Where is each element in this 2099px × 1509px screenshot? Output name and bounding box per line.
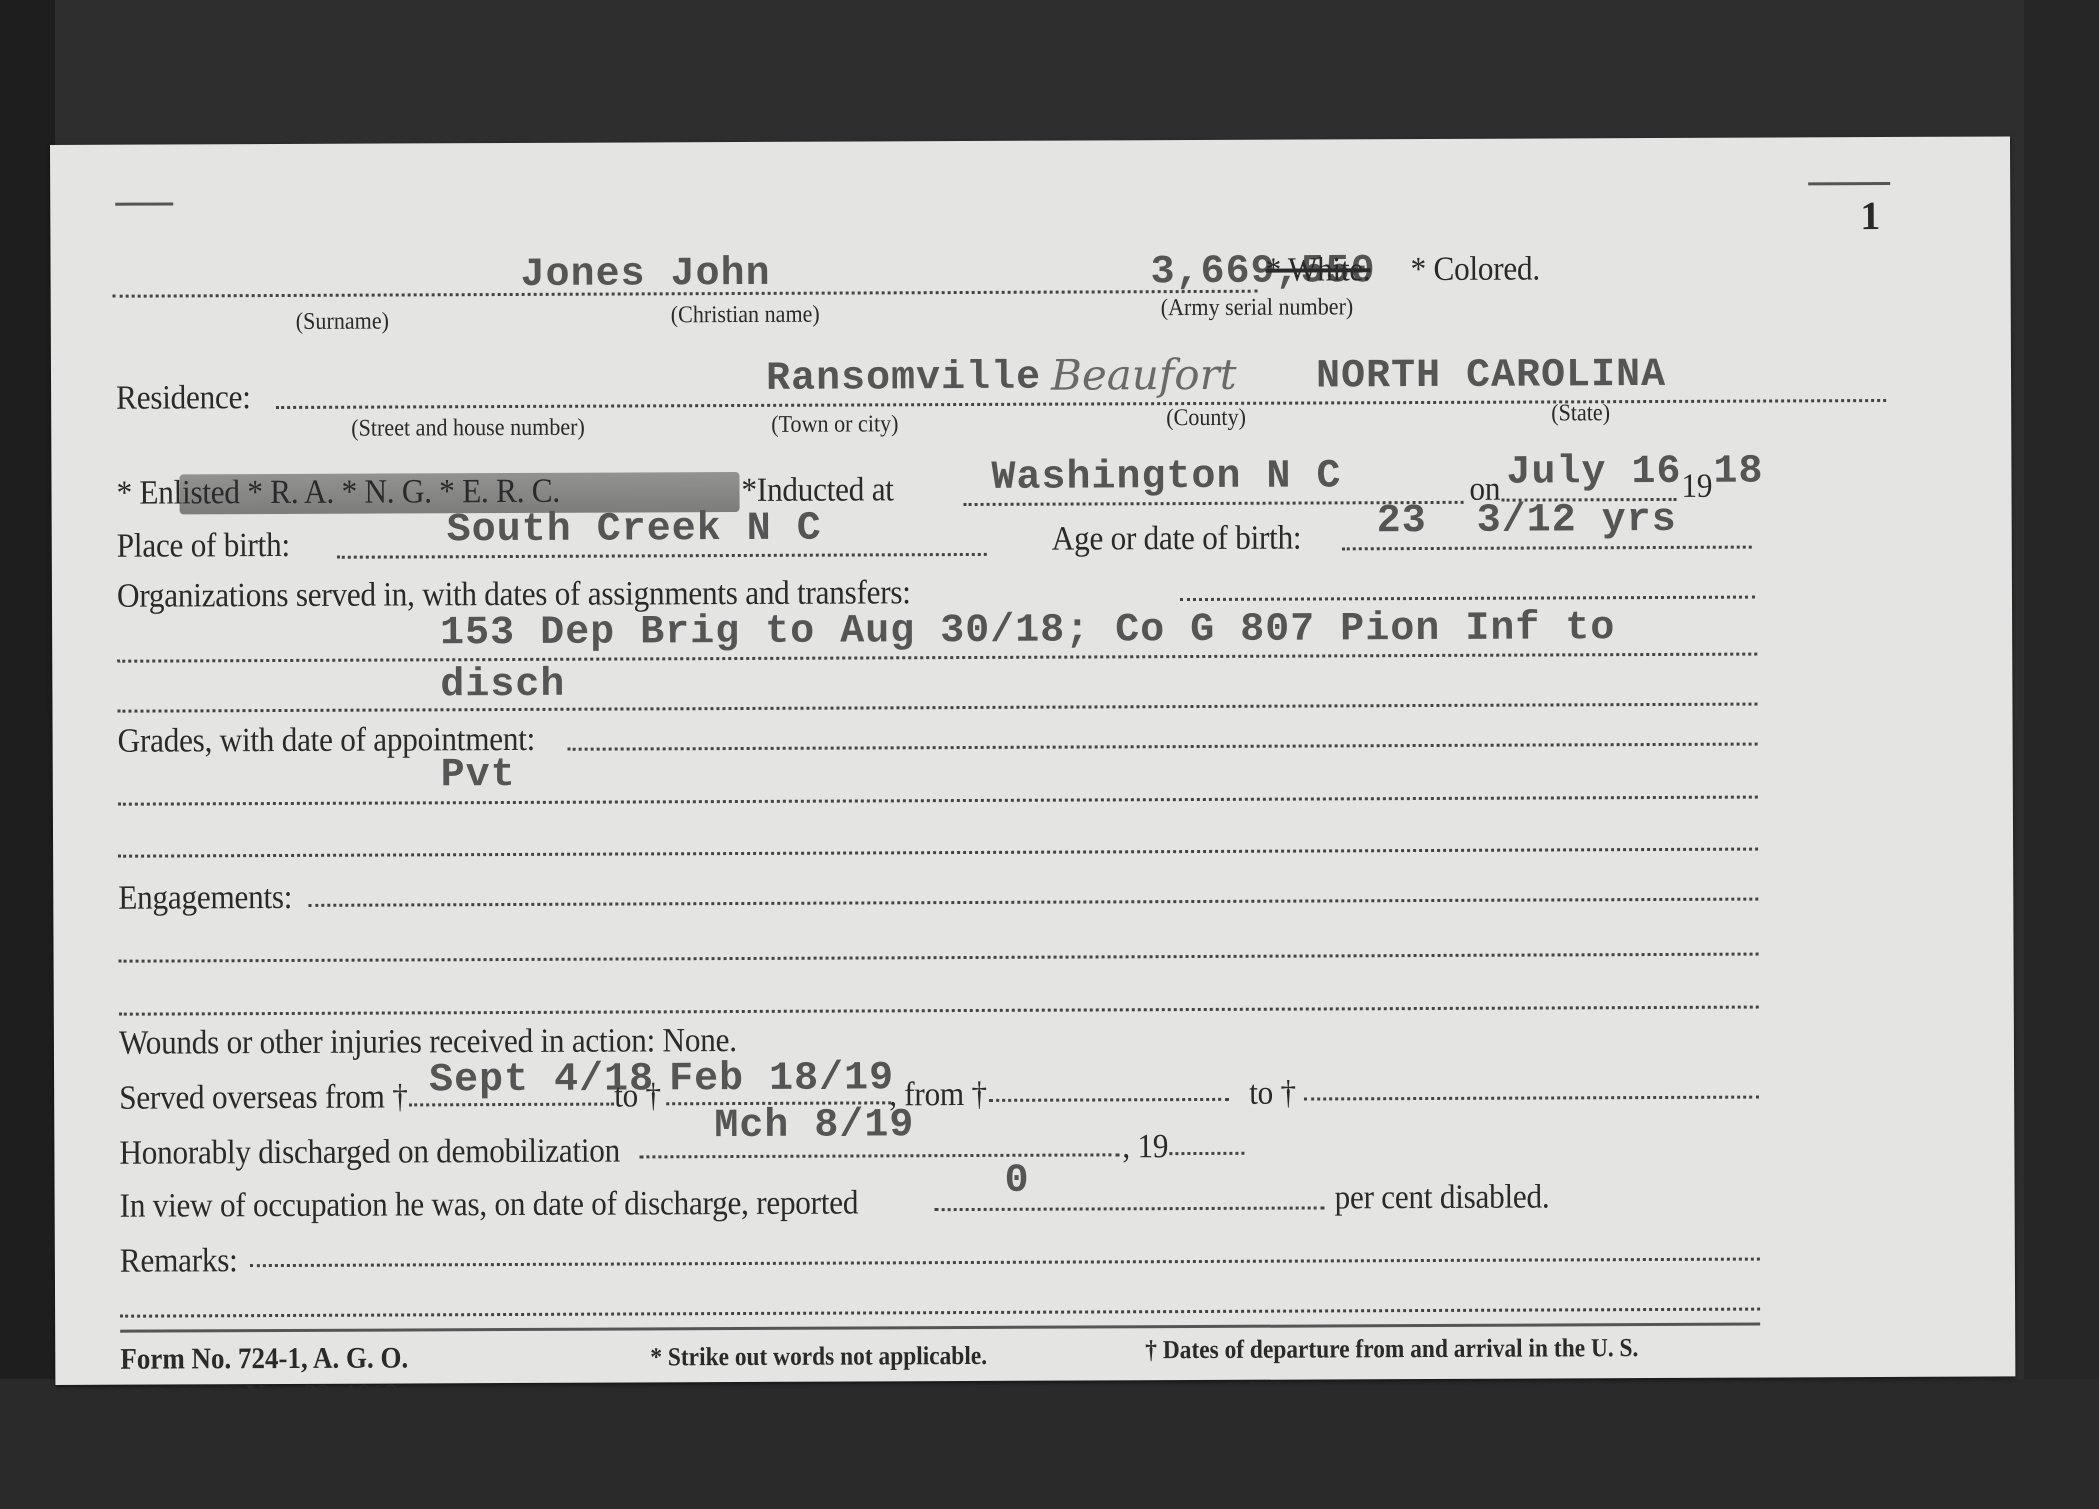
footnote-strike-out: * Strike out words not applicable. — [650, 1341, 987, 1372]
organizations-value-line2: disch — [440, 663, 565, 709]
remarks-label: Remarks: — [120, 1242, 238, 1281]
engagements-label: Engagements: — [118, 879, 292, 918]
residence-label: Residence: — [116, 379, 251, 418]
place-of-birth-label: Place of birth: — [117, 527, 290, 566]
discharge-line — [639, 1153, 1119, 1158]
footer-rule — [120, 1323, 1760, 1333]
disability-value: 0 — [1004, 1159, 1029, 1204]
overseas-to2-line — [1304, 1096, 1759, 1101]
name-value: Jones John — [520, 252, 770, 298]
engagements-line-1 — [119, 953, 1759, 963]
grades-line-2 — [118, 848, 1758, 858]
age-line — [1342, 546, 1752, 551]
town-caption: (Town or city) — [771, 411, 898, 439]
overseas-to-value: Feb 18/19 — [669, 1056, 894, 1102]
residence-state-value: NORTH CAROLINA — [1316, 353, 1666, 400]
county-caption: (County) — [1166, 405, 1246, 432]
print-code: 3—7362 — [1225, 1380, 1281, 1398]
race-colored: * Colored. — [1410, 251, 1539, 290]
age-value: 23 3/12 yrs — [1377, 498, 1677, 544]
organizations-line-2 — [117, 703, 1757, 713]
disability-label: In view of occupation he was, on date of… — [120, 1184, 859, 1225]
corner-mark-left — [115, 202, 173, 205]
grades-line-0 — [568, 743, 1758, 751]
surname-caption: (Surname) — [296, 309, 389, 336]
year-prefix: 19 — [1681, 468, 1712, 506]
age-label: Age or date of birth: — [1052, 520, 1302, 559]
residence-county-value: Beaufort — [1051, 350, 1237, 400]
engagements-line-2 — [119, 1006, 1759, 1016]
overseas-from2-line — [989, 1098, 1229, 1102]
place-of-birth-value: South Creek N C — [447, 507, 822, 554]
corner-mark-right — [1808, 182, 1890, 185]
christian-name-caption: (Christian name) — [671, 302, 820, 330]
disability-suffix: per cent disabled. — [1335, 1178, 1550, 1217]
race-white-struck: * White. — [1265, 251, 1370, 289]
footnote-dates: † Dates of departure from and arrival in… — [1145, 1333, 1638, 1365]
inducted-label: *Inducted at — [741, 471, 893, 510]
remarks-line-1 — [120, 1308, 1760, 1318]
overseas-to-label: to † — [614, 1077, 661, 1115]
serial-number-caption: (Army serial number) — [1161, 294, 1354, 322]
served-overseas-label: Served overseas from † — [119, 1078, 408, 1117]
discharge-year-line — [1169, 1152, 1244, 1155]
induction-year-value: 18 — [1713, 450, 1763, 495]
scanner-background-right — [2024, 0, 2099, 1509]
form-date: Nov. 22, 1919. — [245, 1378, 405, 1413]
engagements-line-0 — [308, 898, 1758, 907]
induction-date-value: July 16 — [1506, 450, 1681, 496]
disability-line — [935, 1206, 1325, 1211]
page-number: 1 — [1860, 192, 1880, 239]
overseas-to2-label: to † — [1249, 1075, 1296, 1113]
inducted-place-value: Washington N C — [991, 454, 1341, 501]
organizations-value-line1: 153 Dep Brig to Aug 30/18; Co G 807 Pion… — [440, 606, 1615, 656]
service-record-card: 1 Jones John 3,669,550 (Surname) (Christ… — [50, 136, 2015, 1385]
remarks-line-0 — [250, 1258, 1760, 1268]
street-caption: (Street and house number) — [351, 415, 585, 443]
residence-town-value: Ransomville — [766, 356, 1041, 402]
form-number: Form No. 724-1, A. G. O. — [120, 1341, 408, 1376]
discharge-date-value: Mch 8/19 — [714, 1103, 914, 1149]
organizations-line-0 — [1180, 596, 1755, 602]
enlisted-options-struck: * Enlisted * R. A. * N. G. * E. R. C. — [116, 473, 560, 513]
residence-line — [276, 399, 1886, 409]
state-caption: (State) — [1551, 400, 1610, 427]
scanner-background-left — [0, 0, 55, 1509]
grades-value: Pvt — [441, 753, 516, 798]
discharge-label: Honorably discharged on demobilization — [119, 1133, 620, 1173]
grades-line-1 — [118, 796, 1758, 806]
place-of-birth-line — [337, 553, 987, 559]
discharge-year-label: , 19 — [1122, 1128, 1168, 1166]
